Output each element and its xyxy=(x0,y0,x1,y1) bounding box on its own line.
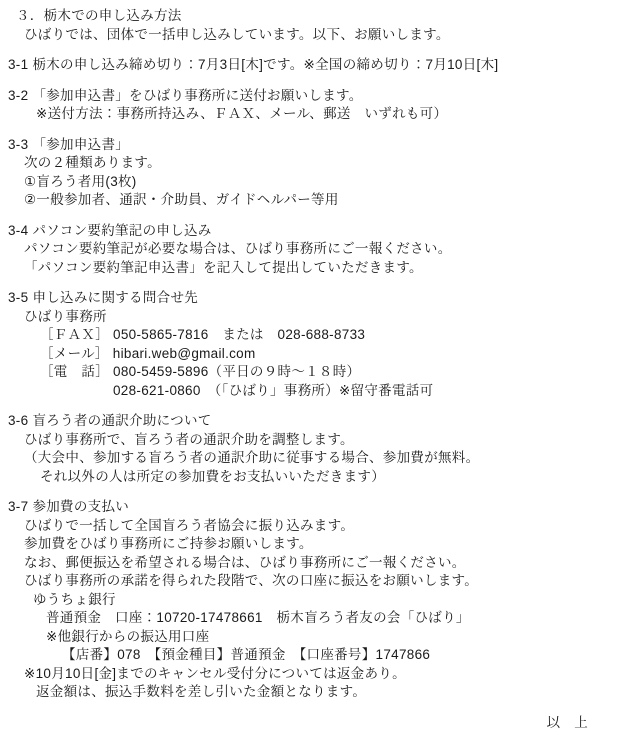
section-3-4-pc-notes: 3-4 パソコン要約筆記の申し込み パソコン要約筆記が必要な場合は、ひばり事務所… xyxy=(0,222,640,278)
payment-line-3: なお、郵便振込を希望される場合は、ひばり事務所にご一報ください。 xyxy=(0,554,640,573)
intro-line: ひばりでは、団体で一括申し込みしています。以下、お願いします。 xyxy=(0,26,640,45)
payment-line-4: ひばり事務所の承諾を得られた段階で、次の口座に振込をお願いします。 xyxy=(0,572,640,591)
pc-notes-form-line: 「パソコン要約筆記申込書」を記入して提出していただきます。 xyxy=(0,259,640,278)
refund-note-line: 返金額は、振込手数料を差し引いた金額となります。 xyxy=(0,683,640,702)
section-3-intro: ３．栃木での申し込み方法 ひばりでは、団体で一括申し込みしています。以下、お願い… xyxy=(0,7,640,44)
section-3-7-heading: 3-7 参加費の支払い xyxy=(0,498,640,517)
fax-line: ［ＦＡＸ］ 050-5865-7816 または 028-688-8733 xyxy=(0,326,640,345)
document-page: ３．栃木での申し込み方法 ひばりでは、団体で一括申し込みしています。以下、お願い… xyxy=(0,0,640,738)
section-3-3-form-types: 3-3 「参加申込書」 次の２種類あります。 ①盲ろう者用(3枚) ②一般参加者… xyxy=(0,136,640,210)
bank-name-line: ゆうちょ銀行 xyxy=(0,591,640,610)
payment-line-1: ひばりで一括して全国盲ろう者協会に振り込みます。 xyxy=(0,517,640,536)
section-closing: 以 上 xyxy=(0,714,640,733)
form-type-2-line: ②一般参加者、通訳・介助員、ガイドヘルパー等用 xyxy=(0,191,640,210)
section-3-2-sending: 3-2 「参加申込書」をひばり事務所に送付お願いします。 ※送付方法：事務所持込… xyxy=(0,87,640,124)
section-3-1-deadline: 3-1 栃木の申し込み締め切り：7月3日[木]です。※全国の締め切り：7月10日… xyxy=(0,56,640,75)
section-3-5-contact: 3-5 申し込みに関する問合せ先 ひばり事務所 ［ＦＡＸ］ 050-5865-7… xyxy=(0,289,640,400)
section-3-2-heading: 3-2 「参加申込書」をひばり事務所に送付お願いします。 xyxy=(0,87,640,106)
section-3-6-interpreting: 3-6 盲ろう者の通訳介助について ひばり事務所で、盲ろう者の通訳介助を調整しま… xyxy=(0,412,640,486)
office-name-line: ひばり事務所 xyxy=(0,308,640,327)
section-3-5-heading: 3-5 申し込みに関する問合せ先 xyxy=(0,289,640,308)
interpreting-line-2: （大会中、参加する盲ろう者の通訳介助に従事する場合、参加費が無料。 xyxy=(0,449,640,468)
section-3-4-heading: 3-4 パソコン要約筆記の申し込み xyxy=(0,222,640,241)
phone-line-2: 028-621-0860 （「ひばり」事務所）※留守番電話可 xyxy=(0,382,640,401)
other-bank-note-line: ※他銀行からの振込用口座 xyxy=(0,628,640,647)
section-3-7-payment: 3-7 参加費の支払い ひばりで一括して全国盲ろう者協会に振り込みます。 参加費… xyxy=(0,498,640,702)
section-3-1-heading: 3-1 栃木の申し込み締め切り：7月3日[木]です。※全国の締め切り：7月10日… xyxy=(0,56,640,75)
email-line: ［メール］ hibari.web@gmail.com xyxy=(0,345,640,364)
account-line: 普通預金 口座：10720-17478661 栃木盲ろう者友の会「ひばり」 xyxy=(0,609,640,628)
sending-methods-line: ※送付方法：事務所持込み、ＦＡＸ、メール、郵送 いずれも可） xyxy=(0,105,640,124)
closing-line: 以 上 xyxy=(0,714,640,733)
interpreting-line-3: それ以外の人は所定の参加費をお支払いいただきます） xyxy=(0,468,640,487)
section-3-6-heading: 3-6 盲ろう者の通訳介助について xyxy=(0,412,640,431)
section-3-heading: ３．栃木での申し込み方法 xyxy=(0,7,640,26)
pc-notes-request-line: パソコン要約筆記が必要な場合は、ひばり事務所にご一報ください。 xyxy=(0,240,640,259)
section-3-3-heading: 3-3 「参加申込書」 xyxy=(0,136,640,155)
form-types-line: 次の２種類あります。 xyxy=(0,154,640,173)
payment-line-2: 参加費をひばり事務所にご持参お願いします。 xyxy=(0,535,640,554)
form-type-1-line: ①盲ろう者用(3枚) xyxy=(0,173,640,192)
interpreting-line-1: ひばり事務所で、盲ろう者の通訳介助を調整します。 xyxy=(0,431,640,450)
branch-account-line: 【店番】078 【預金種目】普通預金 【口座番号】1747866 xyxy=(0,646,640,665)
cancel-note-line: ※10月10日[金]までのキャンセル受付分については返金あり。 xyxy=(0,665,640,684)
phone-line-1: ［電 話］ 080-5459-5896（平日の９時～１８時） xyxy=(0,363,640,382)
